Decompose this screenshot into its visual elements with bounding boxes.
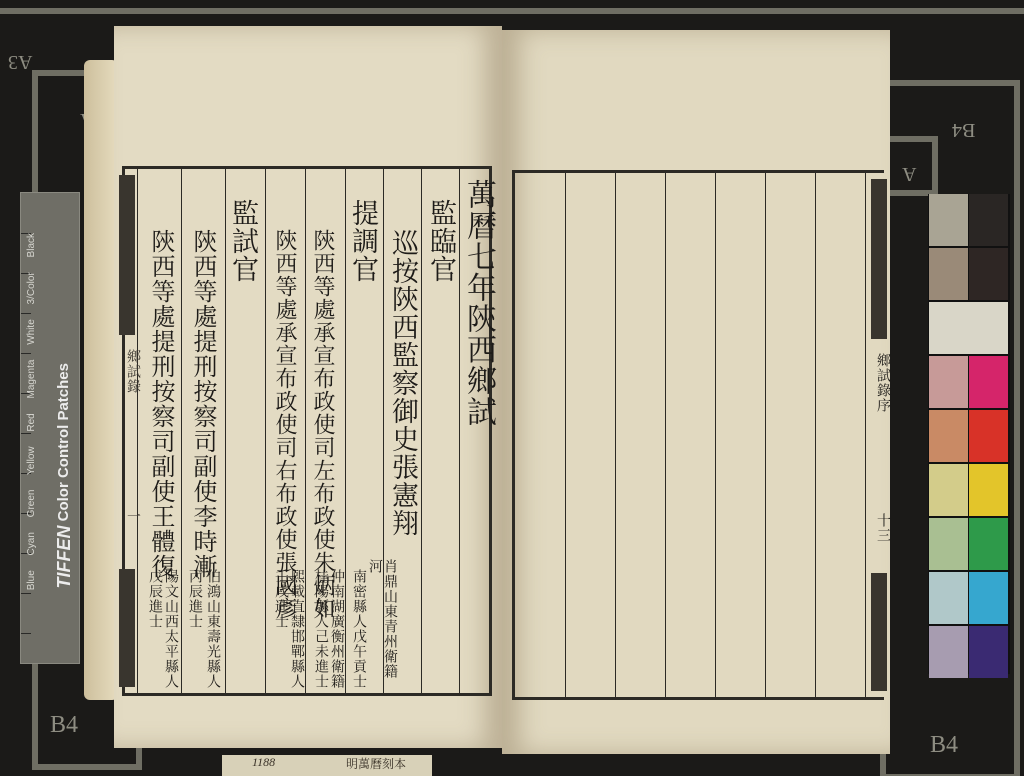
marker-a-right: A bbox=[902, 162, 916, 185]
patch-8-r bbox=[969, 572, 1008, 624]
patch-7-l bbox=[929, 518, 968, 570]
patch-1-l bbox=[929, 194, 968, 246]
ruler-title: TIFFEN Color Control Patches bbox=[54, 363, 75, 589]
role-note-jianshi-1: 伯鴻山東壽光縣人 bbox=[205, 569, 220, 689]
background-mat-top-line bbox=[0, 8, 1024, 14]
role-note-jianlin-a: 肖鼎山東青州衛籍河 bbox=[367, 559, 397, 693]
role-name-jianlin: 巡按陝西監察御史張憲翔 bbox=[387, 229, 417, 537]
role-note-tidiao-4: 壬戌進士 bbox=[273, 569, 288, 629]
ruler-color-labels: Blue Cyan Green Yellow Red Magenta White… bbox=[26, 233, 37, 590]
patch-6-r bbox=[969, 464, 1008, 516]
right-page: 鄉試錄序 十三 bbox=[502, 30, 890, 754]
patch-4-r bbox=[969, 356, 1008, 408]
role-note-jianshi-2: 丙辰進士 bbox=[187, 569, 202, 629]
patch-4-l bbox=[929, 356, 968, 408]
ruler-brand: TIFFEN bbox=[54, 526, 74, 589]
ruler-subtitle: Color Control Patches bbox=[55, 363, 72, 521]
patch-3-white bbox=[929, 302, 1008, 354]
left-margin-label: 鄉試錄 bbox=[125, 349, 140, 394]
right-margin-label: 鄉試錄序 bbox=[875, 353, 890, 413]
role-name-tidiao-2: 陝西等處承宣布政使司右布政使張國彥 bbox=[271, 229, 297, 620]
right-page-print-frame: 鄉試錄序 十三 bbox=[512, 170, 884, 700]
color-patch-strip bbox=[928, 194, 1010, 674]
patch-5-l bbox=[929, 410, 968, 462]
tiffen-color-control-ruler: Blue Cyan Green Yellow Red Magenta White… bbox=[20, 192, 80, 664]
marker-b4-bottom-left: B4 bbox=[50, 712, 78, 739]
left-fishtail-top bbox=[119, 175, 135, 335]
marker-b4-top-right: B4 bbox=[952, 118, 975, 141]
patch-9-r bbox=[969, 626, 1008, 678]
catalog-number-tag: 1188 bbox=[222, 755, 332, 776]
right-margin-page-number: 十三 bbox=[875, 513, 890, 543]
patch-8-l bbox=[929, 572, 968, 624]
role-name-jianshi-2: 陝西等處提刑按察司副使王體復 bbox=[149, 229, 173, 579]
patch-2-l bbox=[929, 248, 968, 300]
page-edge-stack bbox=[84, 60, 118, 700]
role-title-jianlin: 監臨官 bbox=[425, 199, 455, 283]
exam-header: 萬曆七年陝西鄉試 bbox=[461, 179, 495, 427]
left-page-print-frame: 鄉試錄 一 萬曆七年陝西鄉試 監臨官 巡按陝西監察御史張憲翔 肖鼎山東青州衛籍河… bbox=[122, 166, 492, 696]
role-title-tidiao: 提調官 bbox=[347, 199, 377, 283]
right-fishtail-top bbox=[871, 179, 887, 339]
patch-7-r bbox=[969, 518, 1008, 570]
left-fishtail-bottom bbox=[119, 569, 135, 687]
role-title-jianshi: 監試官 bbox=[227, 199, 257, 283]
role-note-tidiao-1: 仲南湖廣衡州衛籍 bbox=[329, 569, 344, 689]
marker-a3: A3 bbox=[8, 50, 32, 73]
patch-1-r bbox=[969, 194, 1008, 246]
role-note-jianlin-b: 南密縣人戊午貢士 bbox=[351, 569, 366, 689]
role-note-jianshi-4: 戊辰進士 bbox=[147, 569, 162, 629]
role-name-jianshi-1: 陝西等處提刑按察司副使李時漸 bbox=[191, 229, 215, 579]
role-note-tidiao-2: 桂陽縣人己未進士 bbox=[313, 569, 328, 689]
catalog-title-tag: 明萬曆刻本 bbox=[332, 755, 432, 776]
marker-b4-bottom-right: B4 bbox=[930, 732, 958, 759]
patch-5-r bbox=[969, 410, 1008, 462]
open-book: 鄉試錄 一 萬曆七年陝西鄉試 監臨官 巡按陝西監察御史張憲翔 肖鼎山東青州衛籍河… bbox=[110, 22, 900, 762]
role-name-tidiao-1: 陝西等處承宣布政使司左布政使朱炳如 bbox=[309, 229, 335, 620]
role-note-jianshi-3: 陽文山西太平縣人 bbox=[163, 569, 178, 689]
role-note-tidiao-3: 熙載直隸邯鄲縣人 bbox=[289, 569, 304, 689]
left-page: 鄉試錄 一 萬曆七年陝西鄉試 監臨官 巡按陝西監察御史張憲翔 肖鼎山東青州衛籍河… bbox=[114, 26, 502, 748]
patch-9-l bbox=[929, 626, 968, 678]
right-fishtail-bottom bbox=[871, 573, 887, 691]
patch-2-r bbox=[969, 248, 1008, 300]
left-margin-page-number: 一 bbox=[125, 509, 140, 524]
patch-6-l bbox=[929, 464, 968, 516]
